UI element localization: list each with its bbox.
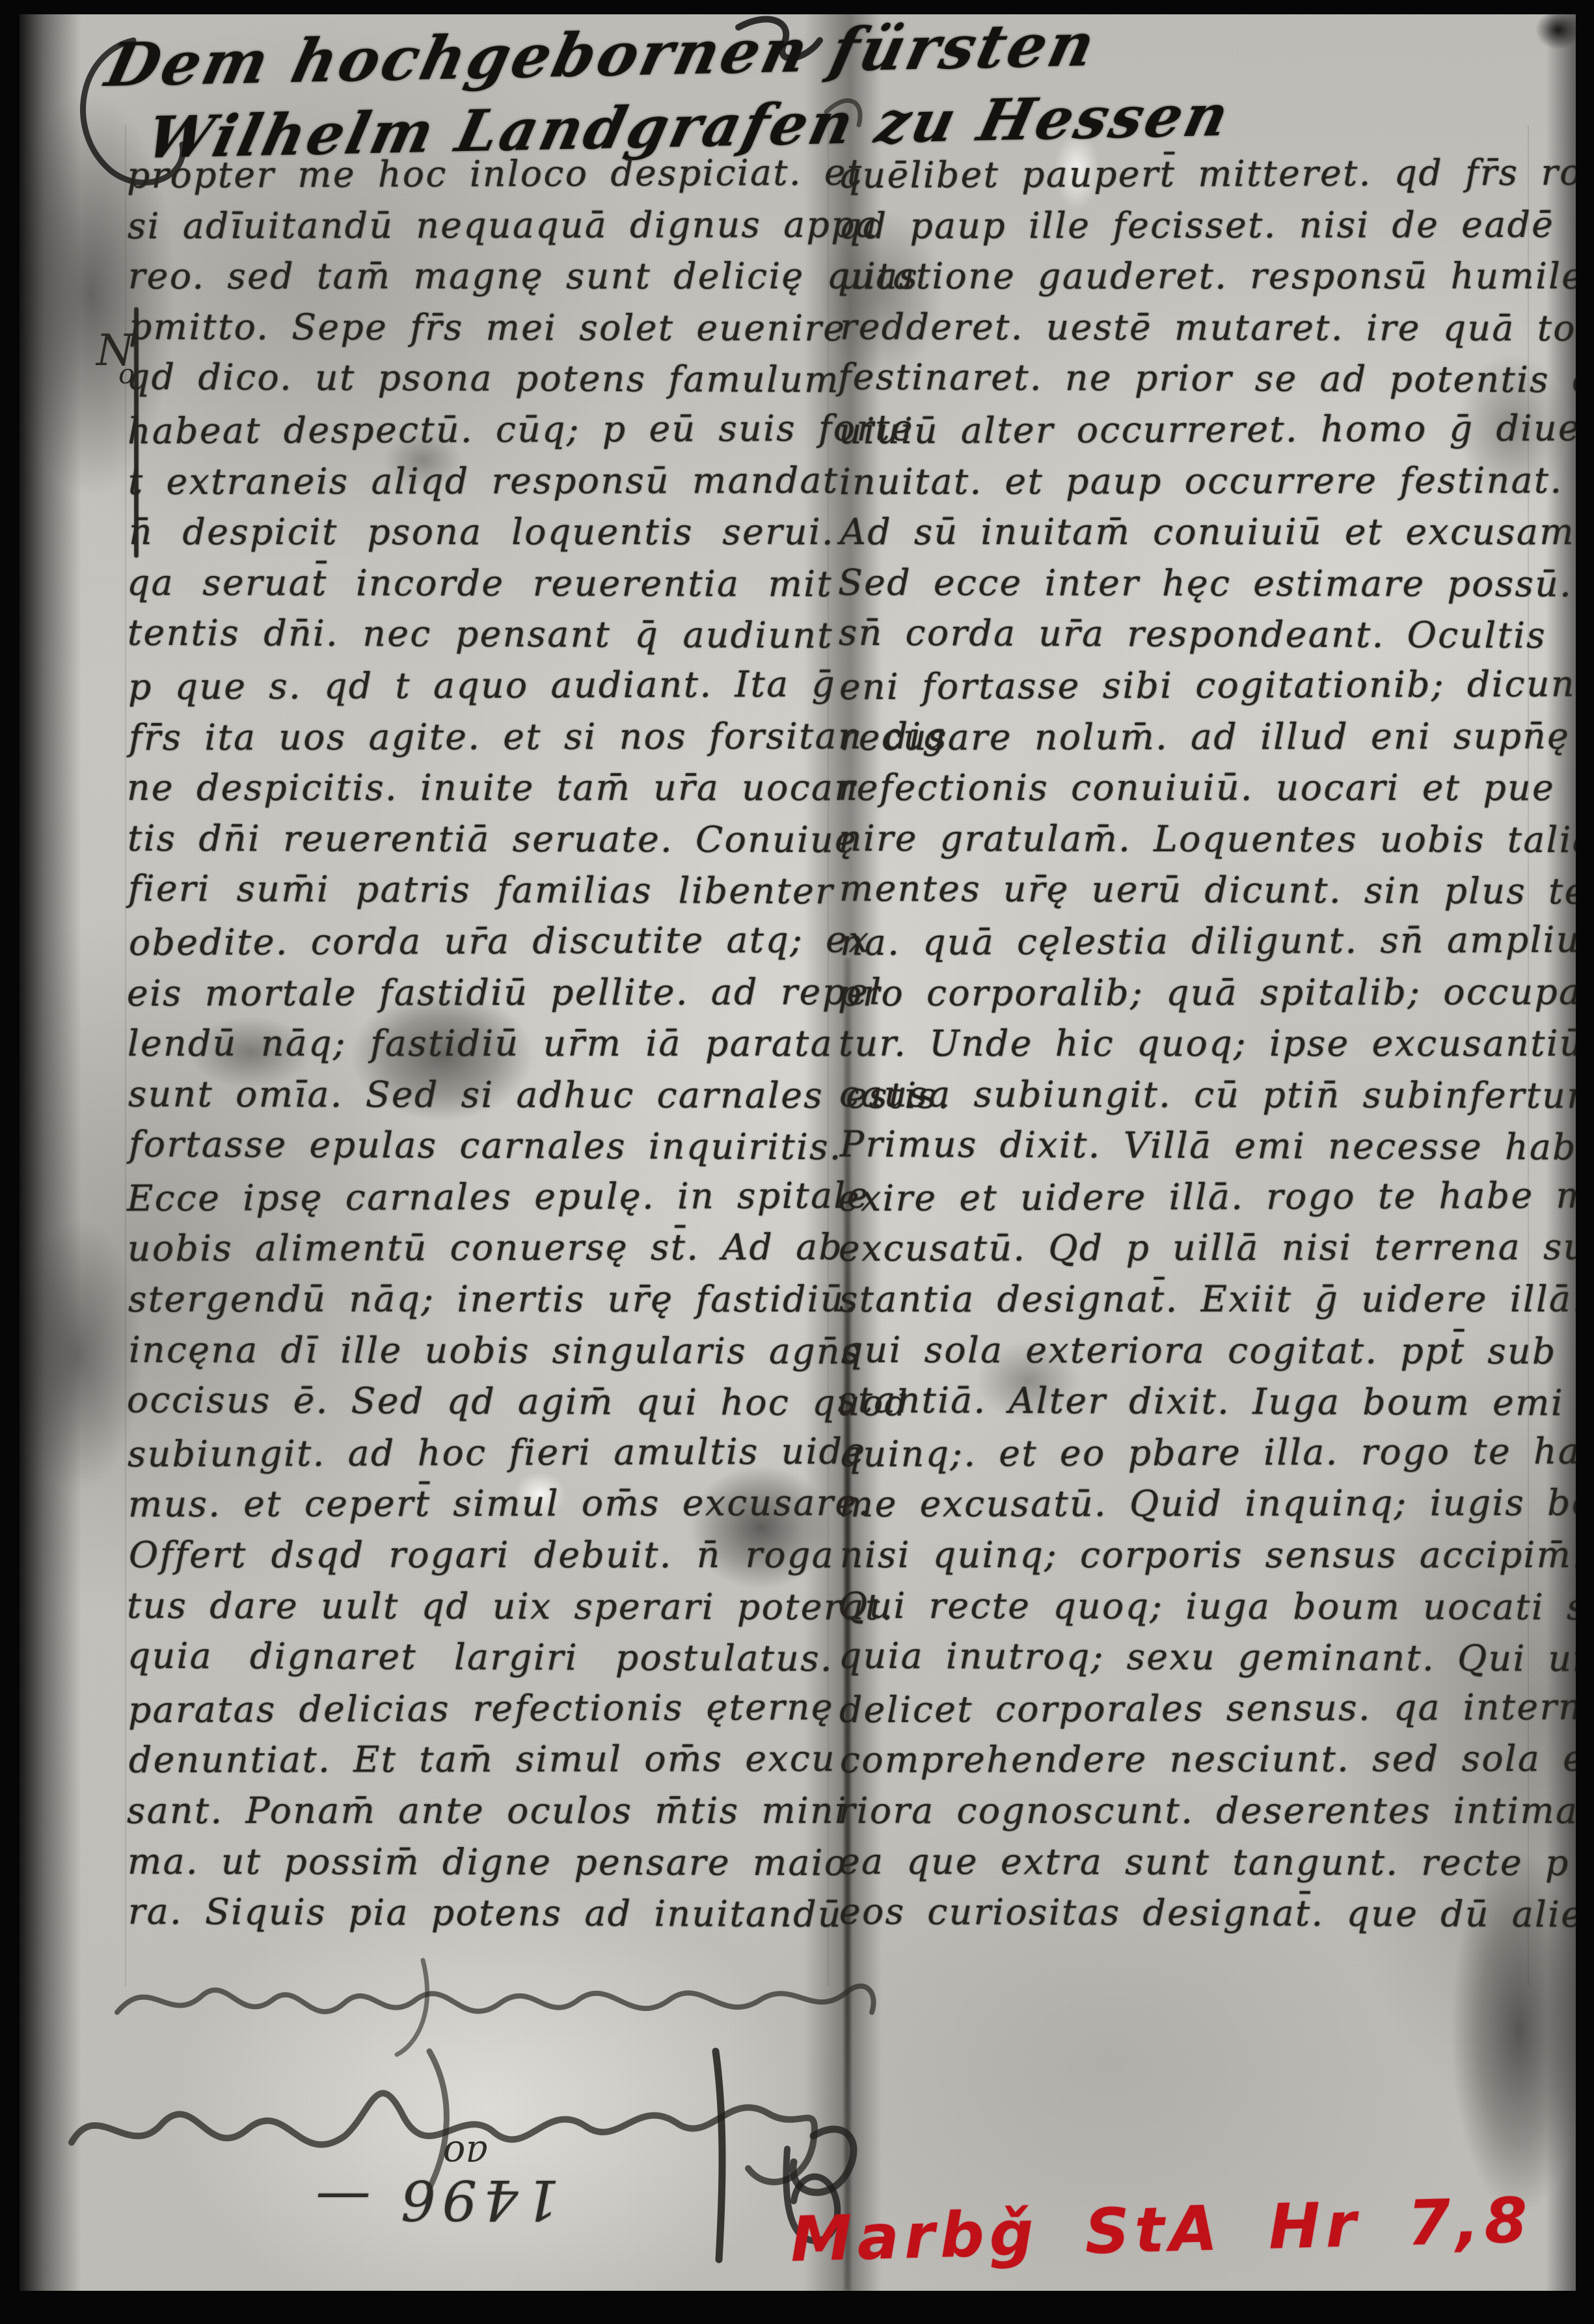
text-line: tentis dn̄i. nec pensant q̄ audiunt	[128, 607, 833, 661]
text-line: ma. ut possim̄ digne pensare maio	[128, 1835, 833, 1888]
text-line: inuitat. et paup occurrere festinat.	[839, 454, 1542, 507]
text-line: pro corporalib; quā spitalib; occupan	[838, 966, 1541, 1018]
text-line: habeat despectū. cūq; p eū suis forte	[128, 403, 833, 457]
text-line: ra. Siquis pia potens ad inuitandū	[128, 1886, 834, 1940]
text-line: sunt omīa. Sed si adhuc carnales estis.	[128, 1069, 834, 1121]
text-line: festinaret. ne prior se ad potentis con	[838, 351, 1541, 405]
text-line: subiungit. ad hoc fieri amultis uide	[128, 1426, 833, 1480]
text-line: stergendū nāq; inertis ur̄ę fastidiū.	[128, 1274, 834, 1325]
text-line: pmitto. Sepe fr̄s mei solet euenire	[129, 301, 835, 354]
left-text-column: propter me hoc inloco despiciat. etsi ad…	[127, 148, 833, 1939]
text-line: Ecce ipsę carnales epulę. in spitale	[127, 1170, 833, 1224]
text-line: qa seruat̄ incorde reuerentia mit	[127, 557, 833, 610]
text-line: ne despicitis. inuite tam̄ ur̄a uocan	[127, 762, 833, 813]
text-line: qui sola exteriora cogitat. ppt̄ sub	[840, 1324, 1543, 1377]
text-line: propter me hoc inloco despiciat. et	[127, 147, 833, 201]
text-line: mus. et cepert̄ simul om̄s excusare.	[128, 1477, 834, 1530]
text-line: Ad sū inuitam̄ conuiuiū et excusamus.	[840, 506, 1543, 558]
text-line: qd dico. ut psona potens famulum	[127, 351, 833, 405]
text-line: tus dare uult qd uix sperari poterat.	[127, 1579, 833, 1632]
text-line: recusare nolum̄. ad illud eni supn̄ę	[840, 710, 1543, 763]
text-line: refectionis conuiuiū. uocari et pue	[838, 762, 1541, 813]
text-line: riora cognoscunt. deserentes intima	[838, 1785, 1541, 1837]
text-line: sant. Ponam̄ ante oculos m̄tis mini	[127, 1785, 833, 1837]
torn-left-edge	[20, 14, 81, 2291]
text-line: si adīuitandū nequaquā dignus appa	[128, 198, 833, 251]
text-line: uiuiū alter occurreret. homo ḡ diues	[839, 403, 1541, 457]
text-line: quia dignaret largiri postulatus.	[128, 1630, 833, 1684]
text-line: occisus ē. Sed qd agim̄ qui hoc quod	[127, 1374, 833, 1429]
text-line: comprehendere nesciunt. sed sola exte	[840, 1733, 1543, 1786]
text-line: nire gratulam̄. Loquentes uobis talia	[839, 813, 1541, 866]
text-line: Offert dsqd rogari debuit. n̄ roga	[129, 1529, 835, 1581]
text-line: Sed ecce inter hęc estimare possū. qd	[838, 557, 1541, 610]
text-line: incęna dī ille uobis singularis agn̄s	[129, 1324, 835, 1377]
text-line: p que s. qd t aquo audiant. Ita ḡ	[128, 659, 834, 713]
text-line: tis dn̄i reuerentiā seruate. Conuiuę	[128, 813, 833, 866]
text-line: eni fortasse sibi cogitationib; dicunt.	[839, 659, 1542, 713]
manuscript-page: Dem hochgebornen fürsten Wilhelm Landgra…	[20, 14, 1576, 2291]
text-line: paratas delicias refectionis ęternę	[128, 1682, 834, 1736]
text-line: stantiā. Alter dixit. Iuga boum emi	[838, 1374, 1541, 1429]
text-line: obedite. corda ur̄a discutite atq; ex	[129, 914, 835, 968]
text-line: stantia designat̄. Exiit ḡ uidere illā.	[839, 1274, 1542, 1325]
text-line: eos curiositas designat̄. que dū alienā	[839, 1886, 1542, 1940]
text-line: quēlibet paupert̄ mitteret. qd fr̄s rogo	[838, 147, 1541, 201]
text-line: Primus dixit. Villā emi necesse habeo	[840, 1119, 1543, 1173]
text-line: nisi quinq; corporis sensus accipim̄.	[840, 1529, 1543, 1581]
text-line: quia inutroq; sexu geminant. Qui ui	[839, 1630, 1541, 1684]
year-text: 1496 —	[267, 2168, 560, 2232]
text-line: fr̄s ita uos agite. et si nos forsitan d…	[129, 710, 835, 763]
text-line: denuntiat. Et tam̄ simul om̄s excu	[129, 1733, 835, 1786]
ruling-line	[125, 125, 126, 1986]
year-annotation: 1496 — ao	[267, 2133, 560, 2232]
text-line: ea que extra sunt tangunt. recte p	[839, 1835, 1541, 1888]
text-line: na. quā cęlestia diligunt. sn̄ amplius	[840, 914, 1543, 968]
text-line: t extraneis aliqd responsū mandat	[128, 454, 834, 507]
text-line: redderet. uestē mutaret. ire quā tocius	[840, 301, 1543, 354]
photo-frame: Dem hochgebornen fürsten Wilhelm Landgra…	[0, 0, 1594, 2324]
right-text-column: quēlibet paupert̄ mitteret. qd fr̄s rogo…	[838, 148, 1541, 1939]
text-line: reo. sed tam̄ magnę sunt delicię quas	[128, 251, 834, 302]
text-line: mentes ur̄ę uerū dicunt. sin plus terre	[839, 863, 1542, 917]
text-line: delicet corporales sensus. qa interna	[839, 1682, 1542, 1736]
text-line: sn̄ corda ur̄a respondeant. Ocultis	[839, 607, 1541, 661]
text-line: eis mortale fastidiū pellite. ad repel	[127, 966, 833, 1018]
text-line: me excusatū. Quid inquinq; iugis boū	[839, 1477, 1542, 1530]
text-line: fieri sum̄i patris familias libenter	[128, 863, 834, 917]
text-line: excusatū. Qd p uillā nisi terrena sub	[839, 1222, 1541, 1274]
text-line: uobis alimentū conuersę st̄. Ad ab	[128, 1222, 833, 1274]
text-line: lendū nāq; fastidiū ur̄m iā parata	[128, 1018, 833, 1069]
text-line: exire et uidere illā. rogo te habe me	[838, 1170, 1541, 1224]
text-line: tur. Unde hic quoq; ipse excusantiū	[839, 1018, 1541, 1069]
text-line: Qui recte quoq; iuga boum uocati sunt.	[838, 1579, 1541, 1632]
text-line: uitatione gauderet. responsū humile	[839, 251, 1542, 302]
text-line: quinq;. et eo pbare illa. rogo te habe	[839, 1426, 1541, 1480]
text-line: fortasse epulas carnales inquiritis.	[129, 1119, 835, 1173]
text-line: causa subiungit. cū ptin̄ subinfertur.	[839, 1069, 1542, 1121]
text-line: n̄ despicit psona loquentis serui.	[129, 506, 835, 558]
text-line: qd paup ille fecisset. nisi de eadē suā …	[839, 198, 1541, 251]
